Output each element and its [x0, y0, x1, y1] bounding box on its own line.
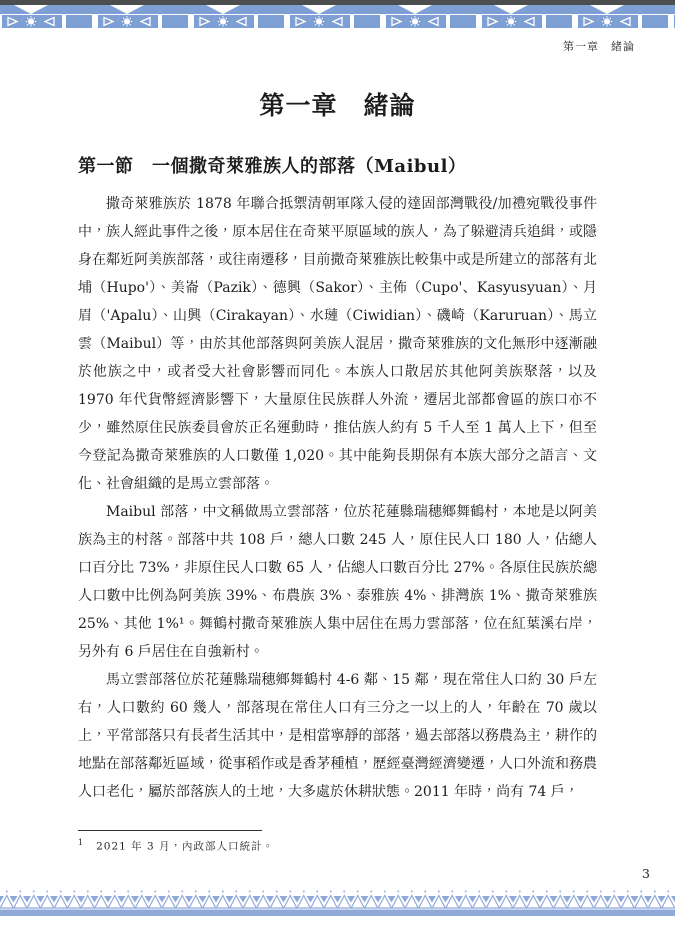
footnote-marker: 1 [78, 838, 84, 847]
footnote: 12021 年 3 月，內政部人口統計。 [78, 838, 597, 854]
paragraph-2: Maibul 部落，中文稱做馬立雲部落，位於花蓮縣瑞穗鄉舞鶴村，本地是以阿美族為… [78, 498, 597, 666]
running-header: 第一章 緒論 [563, 38, 635, 54]
top-border-pattern [0, 0, 675, 28]
body-text: 撒奇萊雅族於 1878 年聯合抵禦清朝軍隊入侵的達固部灣戰役/加禮宛戰役事件中，… [78, 190, 597, 806]
footnote-text: 2021 年 3 月，內政部人口統計。 [96, 841, 274, 853]
section-heading: 第一節 一個撒奇萊雅族人的部落（Maibul） [78, 152, 615, 178]
footnote-separator [78, 830, 262, 831]
bottom-border-pattern [0, 890, 675, 916]
chapter-title: 第一章 緒論 [0, 86, 675, 122]
page-number: 3 [642, 866, 650, 881]
document-page: 第一章 緒論 第一章 緒論 第一節 一個撒奇萊雅族人的部落（Maibul） 撒奇… [0, 0, 675, 931]
paragraph-3: 馬立雲部落位於花蓮縣瑞穗鄉舞鶴村 4-6 鄰、15 鄰，現在常住人口約 30 戶… [78, 666, 597, 806]
paragraph-1: 撒奇萊雅族於 1878 年聯合抵禦清朝軍隊入侵的達固部灣戰役/加禮宛戰役事件中，… [78, 190, 597, 498]
footnote-area: 12021 年 3 月，內政部人口統計。 [78, 830, 597, 854]
